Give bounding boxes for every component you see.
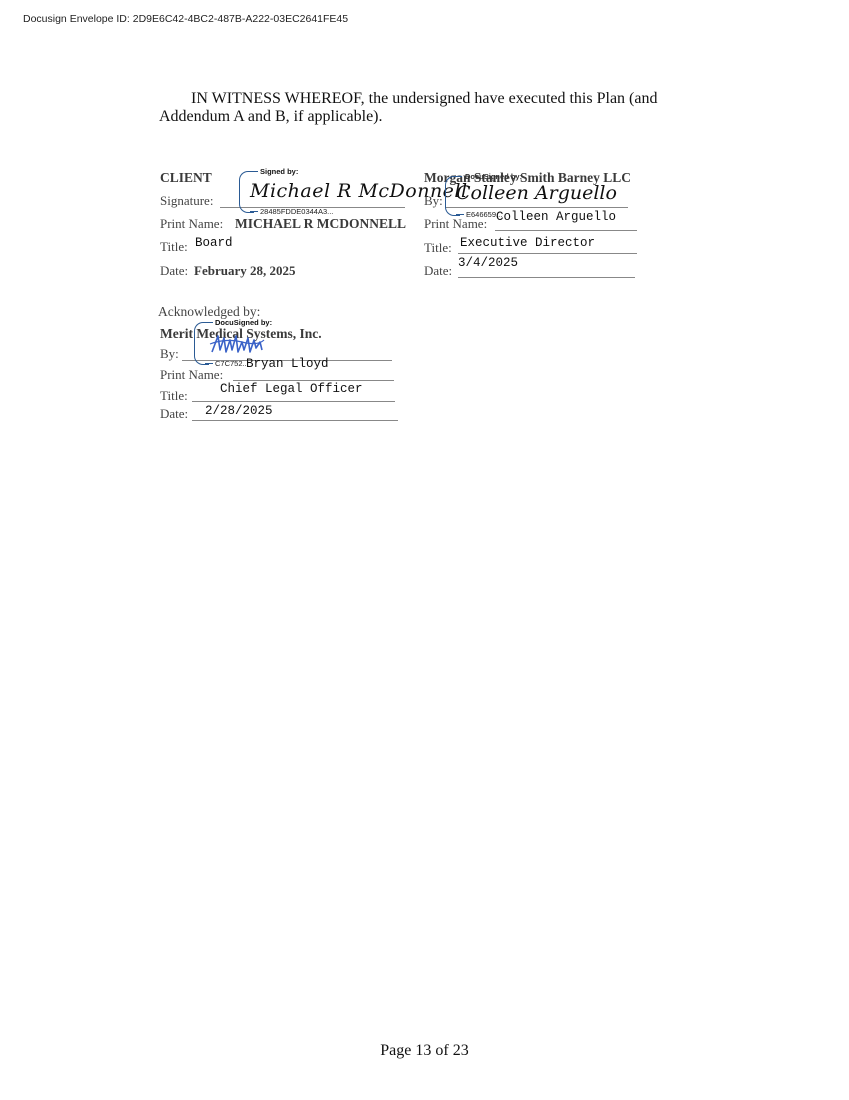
morgan-stanley-by-line <box>445 207 628 208</box>
merit-medical-title-line <box>192 401 395 402</box>
page-number: Page 13 of 23 <box>0 1042 849 1060</box>
morgan-stanley-date-value: 3/4/2025 <box>458 256 518 270</box>
morgan-stanley-signature: Colleen Arguello <box>456 182 617 204</box>
morgan-stanley-title-value: Executive Director <box>460 236 595 250</box>
docusign-frame-top <box>205 322 213 323</box>
docusign-frame-top <box>456 176 462 177</box>
merit-medical-by-label: By: <box>160 346 179 362</box>
witness-line-1: IN WITNESS WHEREOF, the undersigned have… <box>191 90 657 107</box>
client-title-value: Board <box>195 236 233 250</box>
docusign-frame-top <box>250 171 258 172</box>
morgan-stanley-title-label: Title: <box>424 240 452 256</box>
client-heading: CLIENT <box>160 170 212 186</box>
client-signature-id: 28485FDDE0344A3... <box>260 207 333 216</box>
docusign-frame-bottom <box>456 214 464 215</box>
client-title-label: Title: <box>160 239 188 255</box>
morgan-stanley-print-name: Colleen Arguello <box>496 210 616 224</box>
client-signature-caption: Signed by: <box>260 167 298 176</box>
morgan-stanley-print-name-label: Print Name: <box>424 216 487 232</box>
scribble-signature-icon <box>208 330 266 358</box>
merit-medical-title-value: Chief Legal Officer <box>220 382 363 396</box>
merit-medical-date-line <box>192 420 398 421</box>
morgan-stanley-date-line <box>458 277 635 278</box>
client-date-label: Date: <box>160 263 188 279</box>
client-print-name: MICHAEL R MCDONNELL <box>235 216 406 232</box>
merit-medical-print-name-line <box>233 380 394 381</box>
docusign-frame-icon <box>194 322 209 365</box>
morgan-stanley-date-label: Date: <box>424 263 452 279</box>
docusign-frame-bottom <box>205 363 213 364</box>
client-signature-label: Signature: <box>160 193 213 209</box>
merit-medical-print-name-label: Print Name: <box>160 367 223 383</box>
client-print-name-label: Print Name: <box>160 216 223 232</box>
merit-medical-signature-caption: DocuSigned by: <box>215 318 272 327</box>
merit-medical-title-label: Title: <box>160 388 188 404</box>
witness-line-2: Addendum A and B, if applicable). <box>159 108 383 125</box>
morgan-stanley-signature-caption: DocuSigned by: <box>465 172 522 181</box>
merit-medical-date-value: 2/28/2025 <box>205 404 273 418</box>
docusign-envelope-id: Docusign Envelope ID: 2D9E6C42-4BC2-487B… <box>23 13 348 25</box>
merit-medical-print-name: Bryan Lloyd <box>246 357 329 371</box>
docusign-frame-bottom <box>250 211 258 212</box>
morgan-stanley-title-line <box>458 253 637 254</box>
merit-medical-date-label: Date: <box>160 406 188 422</box>
witness-paragraph: IN WITNESS WHEREOF, the undersigned have… <box>159 90 699 126</box>
client-date-value: February 28, 2025 <box>194 263 295 279</box>
morgan-stanley-print-name-line <box>495 230 637 231</box>
morgan-stanley-by-label: By: <box>424 193 443 209</box>
